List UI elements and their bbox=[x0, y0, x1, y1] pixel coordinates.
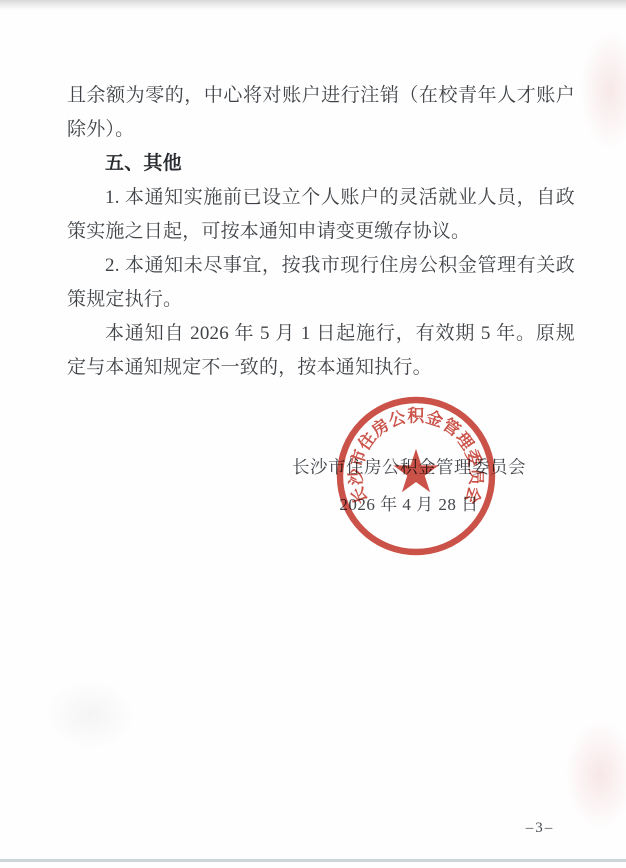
body-paragraph: 1. 本通知实施前已设立个人账户的灵活就业人员，自政策实施之日起，可按本通知申请… bbox=[67, 181, 575, 249]
scan-edge-bottom bbox=[0, 859, 626, 862]
body-paragraph: 2. 本通知未尽事宜，按我市现行住房公积金管理有关政策规定执行。 bbox=[67, 249, 575, 317]
document-body: 且余额为零的，中心将对账户进行注销（在校青年人才账户除外）。 五、其他 1. 本… bbox=[67, 79, 575, 385]
scan-edge-top bbox=[0, 0, 626, 10]
section-heading: 五、其他 bbox=[67, 147, 575, 181]
page-number: –3– bbox=[500, 820, 580, 837]
star-icon bbox=[393, 449, 439, 492]
body-paragraph: 本通知自 2026 年 5 月 1 日起施行，有效期 5 年。原规定与本通知规定… bbox=[67, 317, 575, 385]
official-seal: 长沙市住房公积金管理委员会 bbox=[336, 396, 496, 556]
scan-artifact bbox=[565, 720, 626, 830]
scanned-page: 且余额为零的，中心将对账户进行注销（在校青年人才账户除外）。 五、其他 1. 本… bbox=[0, 0, 626, 868]
scan-artifact bbox=[580, 30, 626, 150]
scan-artifact bbox=[45, 680, 135, 750]
body-paragraph: 且余额为零的，中心将对账户进行注销（在校青年人才账户除外）。 bbox=[67, 79, 575, 147]
